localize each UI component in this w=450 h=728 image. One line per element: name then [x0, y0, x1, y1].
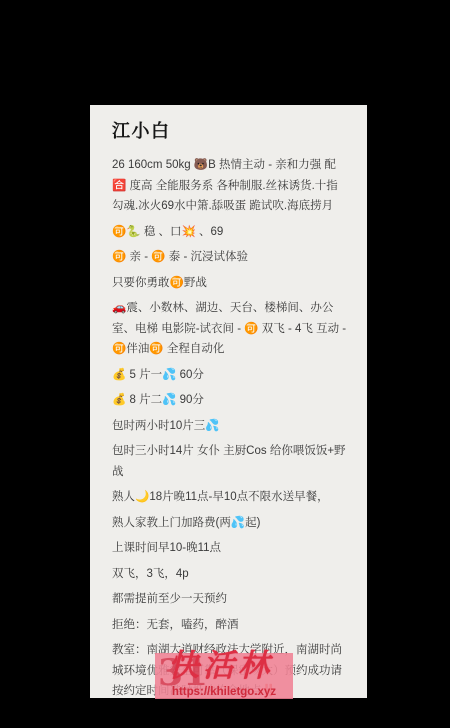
profile-text-line: 🚗震、小数林、湖边、天台、楼梯间、办公室、电梯 电影院-试衣间 - 🉑 双飞 -…	[112, 298, 349, 360]
profile-text-line: 熟人家教上门加路费(两💦起)	[112, 513, 349, 534]
price-line-60min: 💰 5 片一💦 60分	[112, 365, 349, 386]
profile-text-line: 只要你勇敢🉑野战	[112, 273, 349, 294]
refusal-line: 拒绝：无套，嗑药，醉酒	[112, 615, 349, 636]
profile-text-line: 🉑 亲 - 🉑 泰 - 沉浸试体验	[112, 247, 349, 268]
profile-card: 江小白 26 160cm 50kg 🐻B 热情主动 - 亲和力强 配🈴 度高 全…	[90, 105, 367, 698]
schedule-line: 上课时间早10-晚11点	[112, 538, 349, 559]
profile-text-line: 🉑🐍 稳 、口💥 、69	[112, 222, 349, 243]
price-line-2hour: 包时两小时10片三💦	[112, 416, 349, 437]
profile-stats-line: 26 160cm 50kg 🐻B 热情主动 - 亲和力强 配🈴 度高 全能服务系…	[112, 155, 349, 217]
watermark-url: https://khiletgo.xyz	[155, 686, 293, 698]
watermark-overlay: 31 快活林 https://khiletgo.xyz	[155, 653, 293, 699]
profile-title: 江小白	[112, 117, 349, 143]
price-line-90min: 💰 8 片二💦 90分	[112, 390, 349, 411]
watermark-brand: 快活林	[168, 648, 273, 685]
price-line-overnight: 熟人🌙18片晚11点-早10点不限水送早餐，	[112, 487, 349, 508]
booking-notice-line: 都需提前至少一天预约	[112, 589, 349, 610]
price-line-3hour: 包时三小时14片 女仆 主厨Cos 给你喂饭饭+野战	[112, 441, 349, 482]
profile-text-line: 双飞，3飞，4p	[112, 564, 349, 585]
page-background: 江小白 26 160cm 50kg 🐻B 热情主动 - 亲和力强 配🈴 度高 全…	[0, 0, 450, 728]
